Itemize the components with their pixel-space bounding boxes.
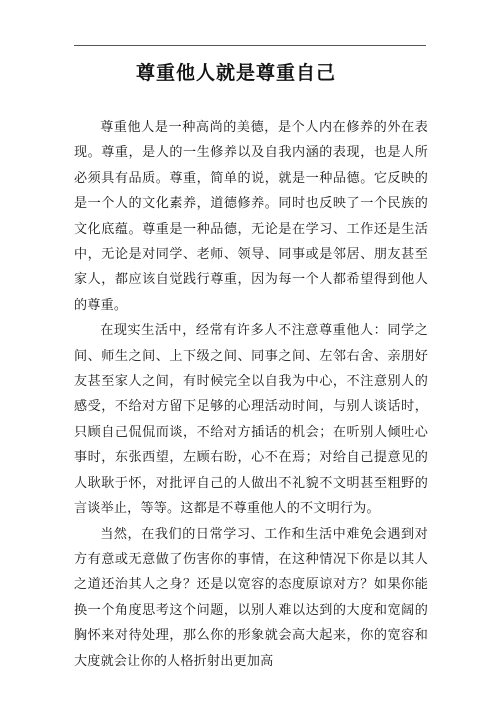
document-body: 尊重他人是一种高尚的美德，是个人内在修养的外在表现。尊重，是人的一生修养以及自我… [74, 115, 428, 674]
paragraph-2: 在现实生活中，经常有许多人不注意尊重他人：同学之间、师生之间、上下级之间、同事之… [74, 318, 428, 521]
paragraph-1: 尊重他人是一种高尚的美德，是个人内在修养的外在表现。尊重，是人的一生修养以及自我… [74, 115, 428, 318]
paragraph-3: 当然，在我们的日常学习、工作和生活中难免会遇到对方有意或无意做了伤害你的事情，在… [74, 522, 428, 674]
document-page: 尊重他人就是尊重自己 尊重他人是一种高尚的美德，是个人内在修养的外在表现。尊重，… [0, 0, 500, 708]
header-rule [74, 45, 426, 46]
document-title: 尊重他人就是尊重自己 [0, 60, 500, 86]
